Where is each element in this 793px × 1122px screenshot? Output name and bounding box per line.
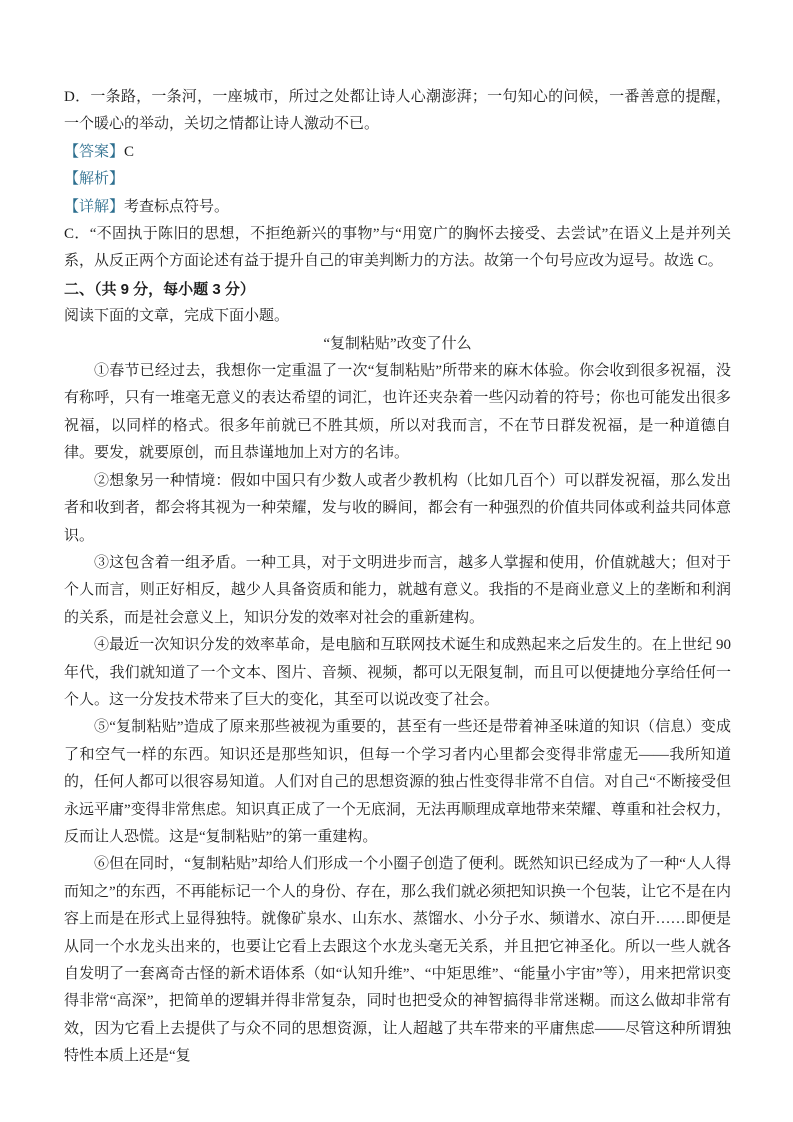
article-paragraph-4: ④最近一次知识分发的效率革命，是电脑和互联网技术诞生和成熟起来之后发生的。在上世… xyxy=(64,632,731,714)
article-paragraph-5: ⑤“复制粘贴”造成了原来那些被视为重要的，甚至有一些还是带着神圣味道的知识（信息… xyxy=(64,714,731,851)
article-title: “复制粘贴”改变了什么 xyxy=(64,331,731,358)
analysis-line: 【解析】 xyxy=(64,166,731,193)
detail-label: 【详解】 xyxy=(64,199,124,215)
analysis-label: 【解析】 xyxy=(64,171,124,187)
answer-label: 【答案】 xyxy=(64,144,124,160)
option-d-text: D．一条路，一条河，一座城市，所过之处都让诗人心潮澎湃；一句知心的问候，一番善意… xyxy=(64,84,731,139)
answer-value: C xyxy=(124,144,134,160)
answer-line: 【答案】C xyxy=(64,139,731,166)
article-paragraph-2: ②想象另一种情境：假如中国只有少数人或者少教机构（比如几百个）可以群发祝福，那么… xyxy=(64,468,731,550)
detail-text: 考查标点符号。 xyxy=(124,199,229,215)
section-heading: 二、（共 9 分，每小题 3 分） xyxy=(64,276,731,303)
article-paragraph-6: ⑥但在同时，“复制粘贴”却给人们形成一个小圈子创造了便利。既然知识已经成为了一种… xyxy=(64,851,731,1070)
article-paragraph-3: ③这包含着一组矛盾。一种工具，对于文明进步而言，越多人掌握和使用，价值就越大；但… xyxy=(64,550,731,632)
article-paragraph-1: ①春节已经过去，我想你一定重温了一次“复制粘贴”所带来的麻木体验。你会收到很多祝… xyxy=(64,358,731,468)
detail-line: 【详解】考查标点符号。 xyxy=(64,194,731,221)
instruction-text: 阅读下面的文章，完成下面小题。 xyxy=(64,303,731,330)
document-page: D．一条路，一条河，一座城市，所过之处都让诗人心潮澎湃；一句知心的问候，一番善意… xyxy=(0,0,793,1122)
explanation-c-text: C．“不固执于陈旧的思想，不拒绝新兴的事物”与“用宽广的胸怀去接受、去尝试”在语… xyxy=(64,221,731,276)
